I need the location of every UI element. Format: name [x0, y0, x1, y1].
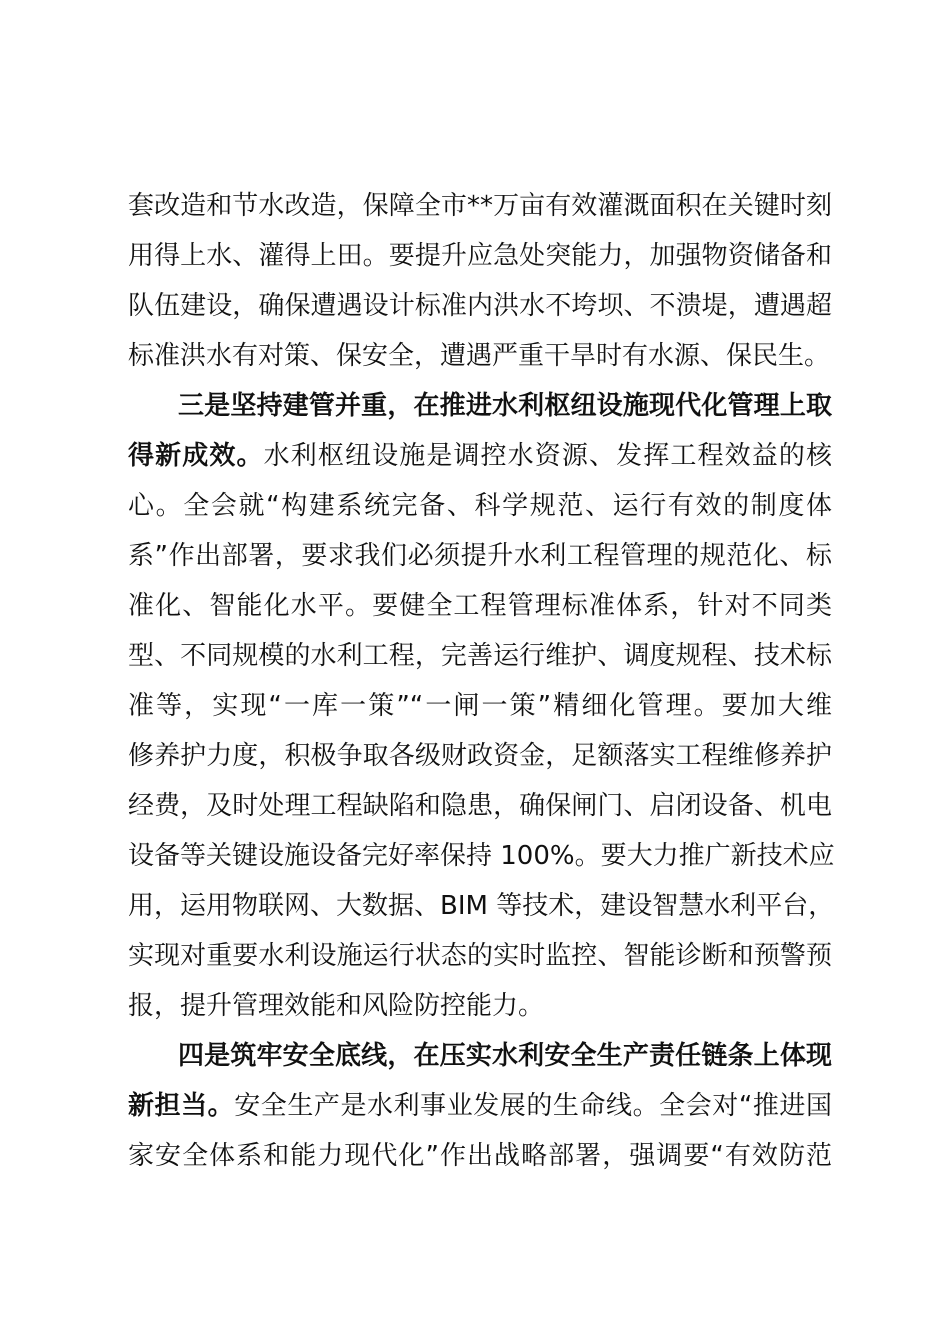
bold-lead: 新担当。	[128, 1091, 234, 1121]
line-text: 报，提升管理效能和风险防控能力。	[128, 991, 544, 1021]
line-text: 准等，实现“一库一策”“一闸一策”精细化管理。要加大维	[128, 691, 832, 721]
document-page: 套改造和节水改造，保障全市**万亩有效灌溉面积在关键时刻 用得上水、灌得上田。要…	[0, 0, 950, 1344]
line-text: 套改造和节水改造，保障全市**万亩有效灌溉面积在关键时刻	[128, 191, 832, 221]
line-text: 队伍建设，确保遭遇设计标准内洪水不垮坝、不溃堤，遭遇超	[128, 291, 832, 321]
bold-lead: 三是坚持建管并重，在推进水利枢纽设施现代化管理上取	[178, 391, 832, 421]
text-line: 经费，及时处理工程缺陷和隐患，确保闸门、启闭设备、机电	[128, 786, 832, 826]
line-text: 用，运用物联网、大数据、BIM 等技术，建设智慧水利平台，	[128, 891, 834, 921]
text-line: 修养护力度，积极争取各级财政资金，足额落实工程维修养护	[128, 736, 832, 776]
line-text: 设备等关键设施设备完好率保持 100%。要大力推广新技术应	[128, 841, 835, 871]
line-text: 安全生产是水利事业发展的生命线。全会对“推进国	[234, 1091, 832, 1121]
paragraph-heading-three: 三是坚持建管并重，在推进水利枢纽设施现代化管理上取	[178, 386, 832, 426]
line-text: 实现对重要水利设施运行状态的实时监控、智能诊断和预警预	[128, 941, 832, 971]
text-line: 用得上水、灌得上田。要提升应急处突能力，加强物资储备和	[128, 236, 832, 276]
text-line: 新担当。安全生产是水利事业发展的生命线。全会对“推进国	[128, 1086, 832, 1126]
text-line: 家安全体系和能力现代化”作出战略部署，强调要“有效防范	[128, 1136, 832, 1176]
line-text: 修养护力度，积极争取各级财政资金，足额落实工程维修养护	[128, 741, 832, 771]
bold-lead: 得新成效。	[128, 441, 264, 471]
line-text: 标准洪水有对策、保安全，遭遇严重干旱时有水源、保民生。	[128, 341, 830, 371]
text-line: 报，提升管理效能和风险防控能力。	[128, 986, 832, 1026]
line-text: 家安全体系和能力现代化”作出战略部署，强调要“有效防范	[128, 1141, 832, 1171]
text-line: 设备等关键设施设备完好率保持 100%。要大力推广新技术应	[128, 836, 832, 876]
text-line: 实现对重要水利设施运行状态的实时监控、智能诊断和预警预	[128, 936, 832, 976]
line-text: 经费，及时处理工程缺陷和隐患，确保闸门、启闭设备、机电	[128, 791, 832, 821]
paragraph-heading-four: 四是筑牢安全底线，在压实水利安全生产责任链条上体现	[178, 1036, 832, 1076]
text-line: 型、不同规模的水利工程，完善运行维护、调度规程、技术标	[128, 636, 832, 676]
line-text: 用得上水、灌得上田。要提升应急处突能力，加强物资储备和	[128, 241, 832, 271]
text-line: 套改造和节水改造，保障全市**万亩有效灌溉面积在关键时刻	[128, 186, 832, 226]
text-line: 用，运用物联网、大数据、BIM 等技术，建设智慧水利平台，	[128, 886, 832, 926]
text-line: 得新成效。水利枢纽设施是调控水资源、发挥工程效益的核	[128, 436, 832, 476]
line-text: 心。全会就“构建系统完备、科学规范、运行有效的制度体	[128, 491, 832, 521]
line-text: 型、不同规模的水利工程，完善运行维护、调度规程、技术标	[128, 641, 832, 671]
line-text: 准化、智能化水平。要健全工程管理标准体系，针对不同类	[128, 591, 832, 621]
text-line: 系”作出部署，要求我们必须提升水利工程管理的规范化、标	[128, 536, 832, 576]
text-line: 准化、智能化水平。要健全工程管理标准体系，针对不同类	[128, 586, 832, 626]
line-text: 水利枢纽设施是调控水资源、发挥工程效益的核	[264, 441, 832, 471]
text-line: 队伍建设，确保遭遇设计标准内洪水不垮坝、不溃堤，遭遇超	[128, 286, 832, 326]
line-text: 系”作出部署，要求我们必须提升水利工程管理的规范化、标	[128, 541, 832, 571]
bold-lead: 四是筑牢安全底线，在压实水利安全生产责任链条上体现	[178, 1041, 832, 1071]
text-line: 心。全会就“构建系统完备、科学规范、运行有效的制度体	[128, 486, 832, 526]
text-line: 标准洪水有对策、保安全，遭遇严重干旱时有水源、保民生。	[128, 336, 832, 376]
text-line: 准等，实现“一库一策”“一闸一策”精细化管理。要加大维	[128, 686, 832, 726]
